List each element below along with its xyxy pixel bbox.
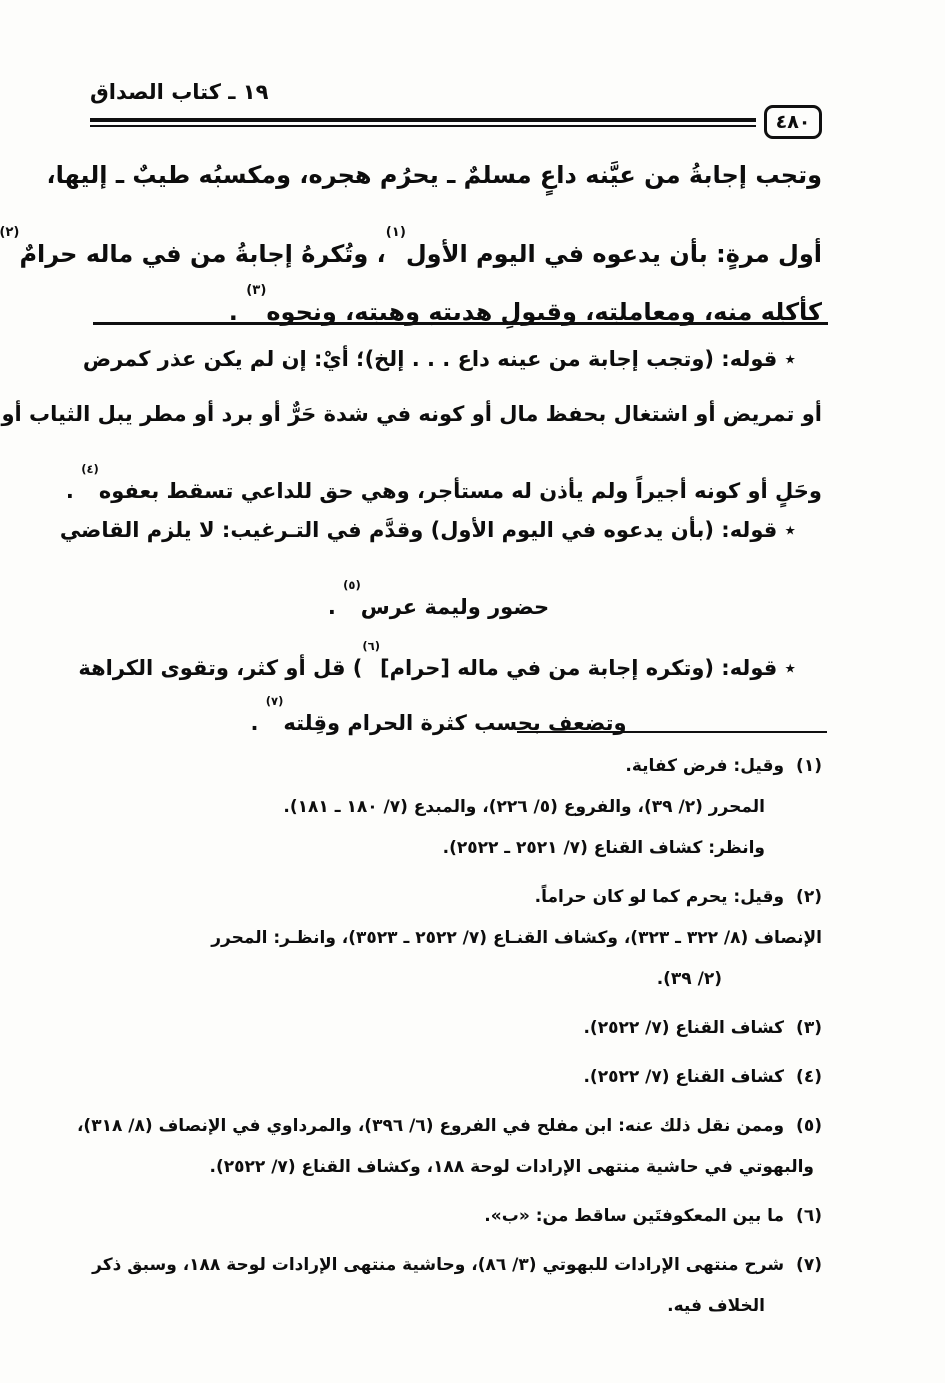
matn-section: وتجب إجابةُ من عيَّنه داعٍ مسلمٌ ـ يحرُم… (55, 146, 822, 320)
footnote-line: (١)وقيل: فرض كفاية. (45, 746, 822, 787)
commentary-line: ٭ قوله: (وتكره إجابة من في ماله [حرام](٦… (55, 619, 822, 674)
text-run: ٭ قوله: (وتجب إجابة من عينه داع . . . إل… (83, 347, 796, 371)
footnote-number: (٥) (796, 1106, 822, 1147)
footnote-line: (٦)ما بين المعكوفتَين ساقط من: «ب». (45, 1196, 822, 1237)
text-run: المحرر (٢/ ٣٩)، والفروع (٥/ ٢٢٦)، والمبد… (283, 797, 765, 817)
footnote-line: (٣)كشاف القناع (٧/ ٢٥٢٢). (45, 1008, 822, 1049)
footnote-number: (٧) (796, 1245, 822, 1286)
footnote-number: (٦) (796, 1196, 822, 1237)
text-run: حضور وليمة عرس (361, 595, 549, 619)
footnotes-section: (١)وقيل: فرض كفاية.المحرر (٢/ ٣٩)، والفر… (45, 746, 822, 1335)
page-number-box: ٤٨٠ (764, 105, 822, 139)
text-run: . (250, 711, 265, 735)
footnote-line: والبهوتي في حاشية منتهى الإرادات لوحة ١٨… (45, 1147, 822, 1188)
text-run: وقيل: يحرم كما لو كان حراماً. (535, 887, 784, 907)
footnote-line: الإنصاف (٨/ ٣٢٢ ـ ٣٢٣)، وكشاف القنـاع (٧… (45, 918, 822, 959)
text-run: . (66, 479, 81, 503)
text-run: وقيل: فرض كفاية. (625, 756, 784, 776)
text-run: شرح منتهى الإرادات للبهوتي (٣/ ٨٦)، وحاش… (92, 1255, 784, 1275)
text-run: كشاف القناع (٧/ ٢٥٢٢). (583, 1067, 784, 1087)
commentary-separator-rule (93, 322, 828, 325)
text-run: (٢/ ٣٩). (657, 969, 722, 989)
footnote-number: (٤) (796, 1057, 822, 1098)
footnote-item: (١)وقيل: فرض كفاية.المحرر (٢/ ٣٩)، والفر… (45, 746, 822, 869)
footnote-line: وانظر: كشاف القناع (٧/ ٢٥٢١ ـ ٢٥٢٢). (45, 828, 822, 869)
text-run: وتجب إجابةُ من عيَّنه داعٍ مسلمٌ ـ يحرُم… (46, 161, 822, 189)
footnote-ref-superscript: (٦) (362, 639, 380, 653)
footnote-line: (٥)وممن نقل ذلك عنه: ابن مفلح في الفروع … (45, 1106, 822, 1147)
footnote-number: (٢) (796, 877, 822, 918)
text-run: وحَلٍ أو كونه أجيراً ولم يأذن له مستأجر،… (99, 479, 822, 503)
text-run: أو تمريض أو اشتغال بحفظ مال أو كونه في ش… (1, 402, 822, 426)
footnote-ref-superscript: (٢) (0, 225, 19, 240)
commentary-line: ٭ قوله: (بأن يدعوه في اليوم الأول) وقدَّ… (55, 503, 822, 558)
footnote-number: (١) (796, 746, 822, 787)
text-run: الخلاف فيه. (667, 1296, 765, 1316)
commentary-section: ٭ قوله: (وتجب إجابة من عينه داع . . . إل… (55, 332, 822, 735)
footnote-item: (٤)كشاف القناع (٧/ ٢٥٢٢). (45, 1057, 822, 1098)
footnote-line: المحرر (٢/ ٣٩)، والفروع (٥/ ٢٢٦)، والمبد… (45, 787, 822, 828)
commentary-line: وتضعف بحسب كثرة الحرام وقِلته(٧) . (55, 674, 822, 729)
footnote-line: (٢/ ٣٩). (45, 959, 822, 1000)
matn-line: أول مرةٍ: بأن يدعوه في اليوم الأول(١)، و… (55, 204, 822, 262)
text-run: وانظر: كشاف القناع (٧/ ٢٥٢١ ـ ٢٥٢٢). (443, 838, 765, 858)
book-page: ١٩ ـ كتاب الصداق ٤٨٠ وتجب إجابةُ من عيَّ… (0, 0, 945, 1383)
matn-line: وتجب إجابةُ من عيَّنه داعٍ مسلمٌ ـ يحرُم… (55, 146, 822, 204)
commentary-paragraph: ٭ قوله: (وتجب إجابة من عينه داع . . . إل… (55, 332, 822, 497)
commentary-paragraph: ٭ قوله: (وتكره إجابة من في ماله [حرام](٦… (55, 619, 822, 729)
matn-line: كأكلِه منه، ومعاملتِه، وقبولِ هديتهِ وهب… (55, 262, 822, 320)
footnote-item: (٣)كشاف القناع (٧/ ٢٥٢٢). (45, 1008, 822, 1049)
footnote-item: (٥)وممن نقل ذلك عنه: ابن مفلح في الفروع … (45, 1106, 822, 1188)
text-run: ٭ قوله: (بأن يدعوه في اليوم الأول) وقدَّ… (60, 518, 796, 542)
running-head-title: ١٩ ـ كتاب الصداق (90, 80, 268, 104)
footnote-number: (٣) (796, 1008, 822, 1049)
text-run: . (328, 595, 343, 619)
text-run: وممن نقل ذلك عنه: ابن مفلح في الفروع (٦/… (77, 1116, 784, 1136)
commentary-paragraph: ٭ قوله: (بأن يدعوه في اليوم الأول) وقدَّ… (55, 503, 822, 613)
commentary-line: ٭ قوله: (وتجب إجابة من عينه داع . . . إل… (55, 332, 822, 387)
footnote-ref-superscript: (١) (386, 225, 406, 240)
commentary-line: أو تمريض أو اشتغال بحفظ مال أو كونه في ش… (55, 387, 822, 442)
footnote-line: (٢)وقيل: يحرم كما لو كان حراماً. (45, 877, 822, 918)
text-run: ما بين المعكوفتَين ساقط من: «ب». (484, 1206, 784, 1226)
footnote-item: (٢)وقيل: يحرم كما لو كان حراماً.الإنصاف … (45, 877, 822, 1000)
footnote-line: (٤)كشاف القناع (٧/ ٢٥٢٢). (45, 1057, 822, 1098)
commentary-line: حضور وليمة عرس(٥) . (55, 558, 822, 613)
footnote-item: (٧)شرح منتهى الإرادات للبهوتي (٣/ ٨٦)، و… (45, 1245, 822, 1327)
text-run: والبهوتي في حاشية منتهى الإرادات لوحة ١٨… (210, 1157, 814, 1177)
footnote-ref-superscript: (٧) (266, 694, 284, 708)
footnote-line: (٧)شرح منتهى الإرادات للبهوتي (٣/ ٨٦)، و… (45, 1245, 822, 1286)
footnote-separator-rule (517, 731, 827, 733)
footnote-ref-superscript: (٣) (246, 283, 266, 298)
text-run: كشاف القناع (٧/ ٢٥٢٢). (583, 1018, 784, 1038)
footnote-line: الخلاف فيه. (45, 1286, 822, 1327)
text-run: الإنصاف (٨/ ٣٢٢ ـ ٣٢٣)، وكشاف القنـاع (٧… (211, 928, 822, 948)
footnote-item: (٦)ما بين المعكوفتَين ساقط من: «ب». (45, 1196, 822, 1237)
header-double-rule (90, 118, 756, 127)
footnote-ref-superscript: (٥) (343, 578, 361, 592)
commentary-line: وحَلٍ أو كونه أجيراً ولم يأذن له مستأجر،… (55, 442, 822, 497)
footnote-ref-superscript: (٤) (81, 462, 99, 476)
